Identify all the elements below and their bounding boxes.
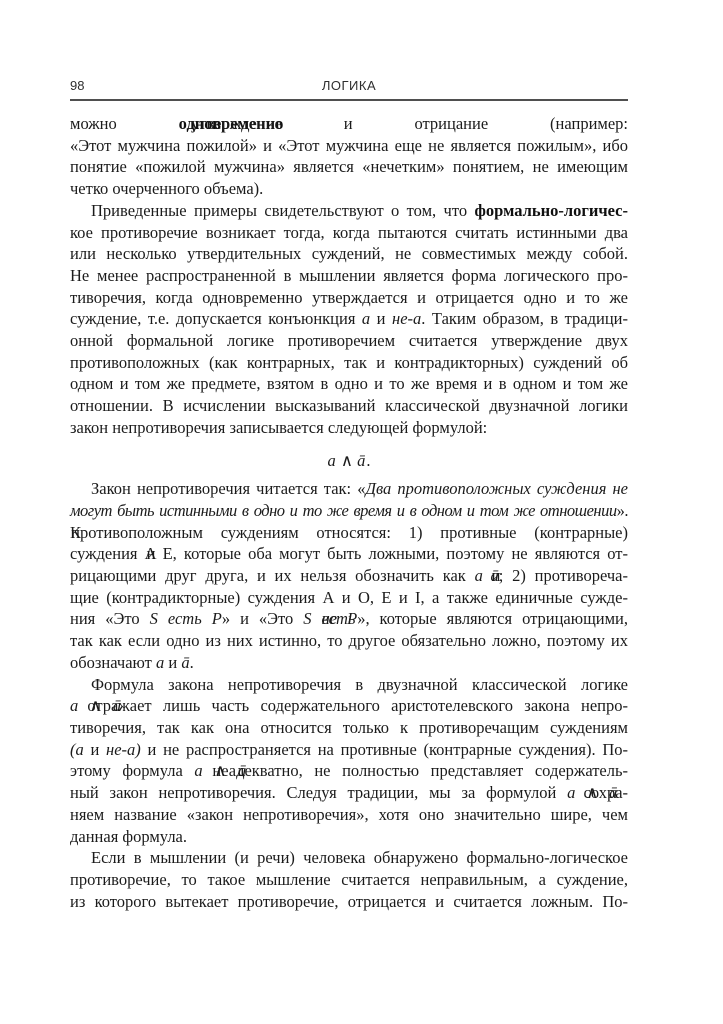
text-line: закон непротиворечия записывается следую… [70, 417, 628, 439]
running-title: ЛОГИКА [322, 75, 376, 97]
text-line: Закон непротиворечия читается так: «Два … [70, 478, 628, 500]
text-line: онной формальной логике противоречием сч… [70, 330, 628, 352]
page-header: 98 ЛОГИКА [70, 82, 628, 101]
text-line: отношении. В исчислении высказываний кла… [70, 395, 628, 417]
text-line: Если в мышлении (и речи) человека обнару… [70, 847, 628, 869]
text-line: или несколько утвердительных суждений, н… [70, 243, 628, 265]
text-line: суждения Аи Е, которые оба могут быть ло… [70, 543, 628, 565]
paragraph: Формула закона непротиворечия в двузначн… [70, 674, 628, 848]
page-body: можно одновременноутверждение и отрицани… [70, 113, 628, 912]
text-line: щие (контрадикторные) суждения А и О, Е … [70, 587, 628, 609]
paragraph: Приведенные примеры свидетельствуют о то… [70, 200, 628, 439]
text-line: этому формула a ∧ āнеадекватно, не полно… [70, 760, 628, 782]
text-line: противоречие, то такое мышление считаетс… [70, 869, 628, 891]
text-line: рицающими друг друга, и их нельзя обозна… [70, 565, 628, 587]
text-line: (а и не-а) и не распространяется на прот… [70, 739, 628, 761]
text-line: a ∧ āотражает лишь часть содержательного… [70, 695, 628, 717]
text-line: ный закон непротиворечия. Следуя традици… [70, 782, 628, 804]
paragraph: можно одновременноутверждение и отрицани… [70, 113, 628, 200]
text-line: так как если одно из них истинно, то дру… [70, 630, 628, 652]
text-line: ния «Это S есть Р» и «Это S естьне Р», к… [70, 608, 628, 630]
page-number: 98 [70, 75, 84, 97]
paragraph: Если в мышлении (и речи) человека обнару… [70, 847, 628, 912]
text-line: Кпротивоположным суждениям относятся: 1)… [70, 522, 628, 544]
text-line: обозначают а и ā. [70, 652, 628, 674]
text-line: кое противоречие возникает тогда, когда … [70, 222, 628, 244]
text-line: могут быть истинными в одно и то же врем… [70, 500, 628, 522]
paragraph: Закон непротиворечия читается так: «Два … [70, 478, 628, 673]
text-line: из которого вытекает противоречие, отриц… [70, 891, 628, 913]
text-line: Не менее распространенной в мышлении явл… [70, 265, 628, 287]
formula: a ∧ ā. [70, 450, 628, 472]
text-line: понятие «пожилой мужчина» является «нече… [70, 156, 628, 178]
text-line: противоположных (как контрарных, так и к… [70, 352, 628, 374]
text-line: тиворечия, когда одновременно утверждает… [70, 287, 628, 309]
text-line: одном и том же предмете, взятом в одно и… [70, 373, 628, 395]
text-line: Формула закона непротиворечия в двузначн… [70, 674, 628, 696]
text-line: четко очерченного объема). [70, 178, 628, 200]
text-line: данная формула. [70, 826, 628, 848]
text-line: тиворечия, так как она относится только … [70, 717, 628, 739]
text-line: можно одновременноутверждение и отрицани… [70, 113, 628, 135]
text-line: няем название «закон непротиворечия», хо… [70, 804, 628, 826]
text-line: суждение, т.е. допускается конъюнкция а … [70, 308, 628, 330]
book-page: 98 ЛОГИКА можно одновременноутверждение … [0, 0, 723, 1024]
text-line: Приведенные примеры свидетельствуют о то… [70, 200, 628, 222]
text-line: «Этот мужчина пожилой» и «Этот мужчина е… [70, 135, 628, 157]
